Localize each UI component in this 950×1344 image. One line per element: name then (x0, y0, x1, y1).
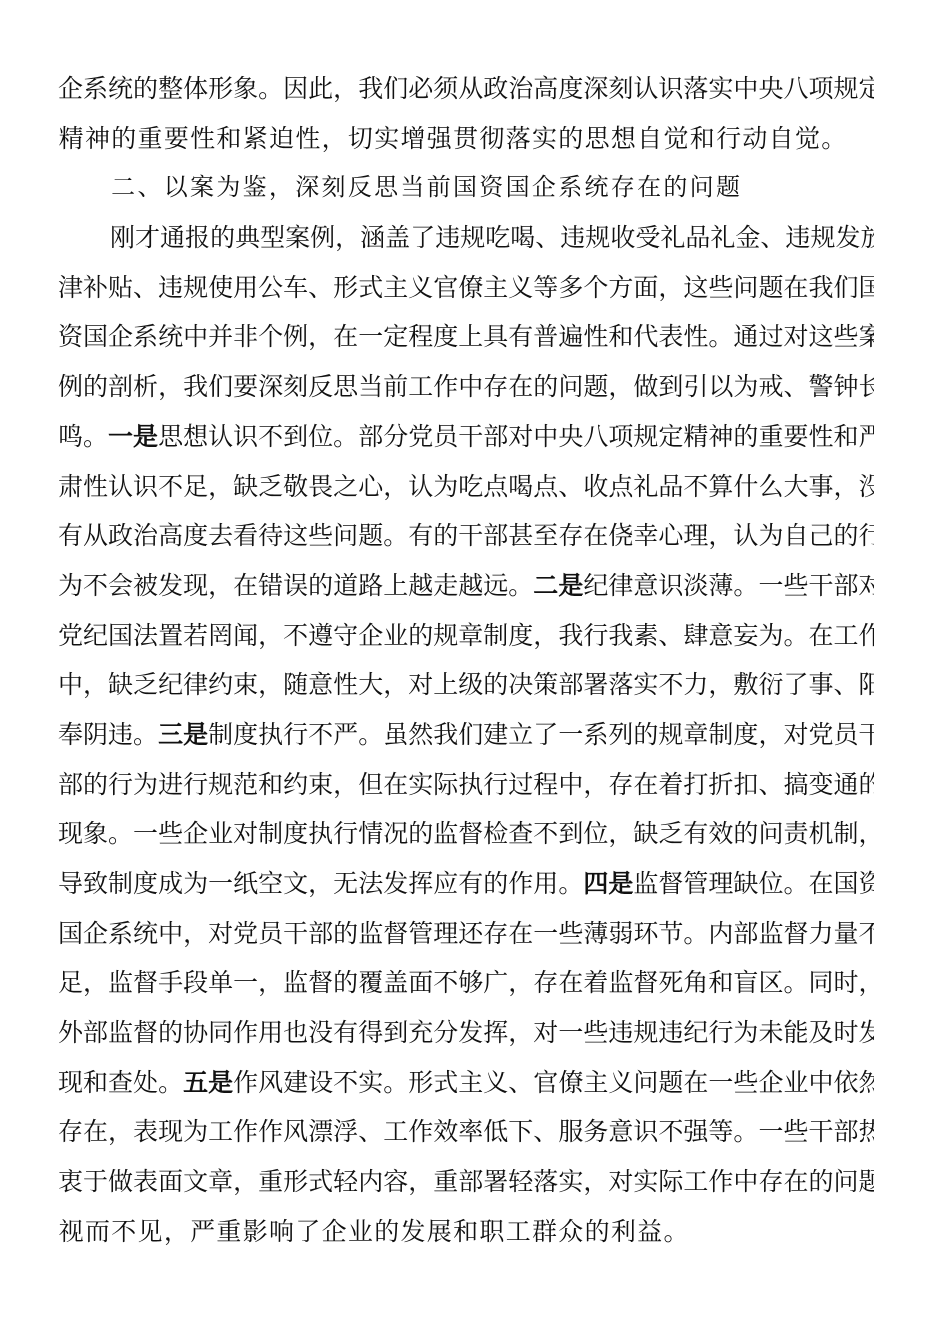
paragraph-line: 存在，表现为工作作风漂浮、工作效率低下、服务意识不强等。一些干部热 (58, 1107, 874, 1157)
paragraph-line: 现和查处。五是作风建设不实。形式主义、官僚主义问题在一些企业中依然 (58, 1058, 874, 1108)
section-heading: 二、以案为鉴，深刻反思当前国资国企系统存在的问题 (58, 163, 874, 213)
paragraph-line: 党纪国法置若罔闻，不遵守企业的规章制度，我行我素、肆意妄为。在工作 (58, 611, 874, 661)
paragraph-line: 企系统的整体形象。因此，我们必须从政治高度深刻认识落实中央八项规定 (58, 64, 874, 114)
paragraph-line: 中，缺乏纪律约束，随意性大，对上级的决策部署落实不力，敷衍了事、阳 (58, 660, 874, 710)
paragraph-line: 部的行为进行规范和约束，但在实际执行过程中，存在着打折扣、搞变通的 (58, 760, 874, 810)
paragraph-line: 奉阴违。三是制度执行不严。虽然我们建立了一系列的规章制度，对党员干 (58, 710, 874, 760)
paragraph-line: 有从政治高度去看待这些问题。有的干部甚至存在侥幸心理，认为自己的行 (58, 511, 874, 561)
paragraph-line: 鸣。一是思想认识不到位。部分党员干部对中央八项规定精神的重要性和严 (58, 412, 874, 462)
paragraph-line: 视而不见，严重影响了企业的发展和职工群众的利益。 (58, 1207, 874, 1257)
paragraph-line: 肃性认识不足，缺乏敬畏之心，认为吃点喝点、收点礼品不算什么大事，没 (58, 462, 874, 512)
paragraph-line: 资国企系统中并非个例，在一定程度上具有普遍性和代表性。通过对这些案 (58, 312, 874, 362)
paragraph-line: 衷于做表面文章，重形式轻内容，重部署轻落实，对实际工作中存在的问题 (58, 1157, 874, 1207)
paragraph-line: 外部监督的协同作用也没有得到充分发挥，对一些违规违纪行为未能及时发 (58, 1008, 874, 1058)
paragraph-line: 足，监督手段单一，监督的覆盖面不够广，存在着监督死角和盲区。同时， (58, 958, 874, 1008)
paragraph-line: 精神的重要性和紧迫性，切实增强贯彻落实的思想自觉和行动自觉。 (58, 114, 874, 164)
paragraph-line: 津补贴、违规使用公车、形式主义官僚主义等多个方面，这些问题在我们国 (58, 263, 874, 313)
paragraph-line: 现象。一些企业对制度执行情况的监督检查不到位，缺乏有效的问责机制， (58, 809, 874, 859)
paragraph-line: 为不会被发现，在错误的道路上越走越远。二是纪律意识淡薄。一些干部对 (58, 561, 874, 611)
paragraph-line: 国企系统中，对党员干部的监督管理还存在一些薄弱环节。内部监督力量不 (58, 909, 874, 959)
paragraph-line: 导致制度成为一纸空文，无法发挥应有的作用。四是监督管理缺位。在国资 (58, 859, 874, 909)
document-page: 企系统的整体形象。因此，我们必须从政治高度深刻认识落实中央八项规定精神的重要性和… (58, 64, 874, 1257)
paragraph-line: 例的剖析，我们要深刻反思当前工作中存在的问题，做到引以为戒、警钟长 (58, 362, 874, 412)
paragraph-line: 刚才通报的典型案例，涵盖了违规吃喝、违规收受礼品礼金、违规发放 (58, 213, 874, 263)
